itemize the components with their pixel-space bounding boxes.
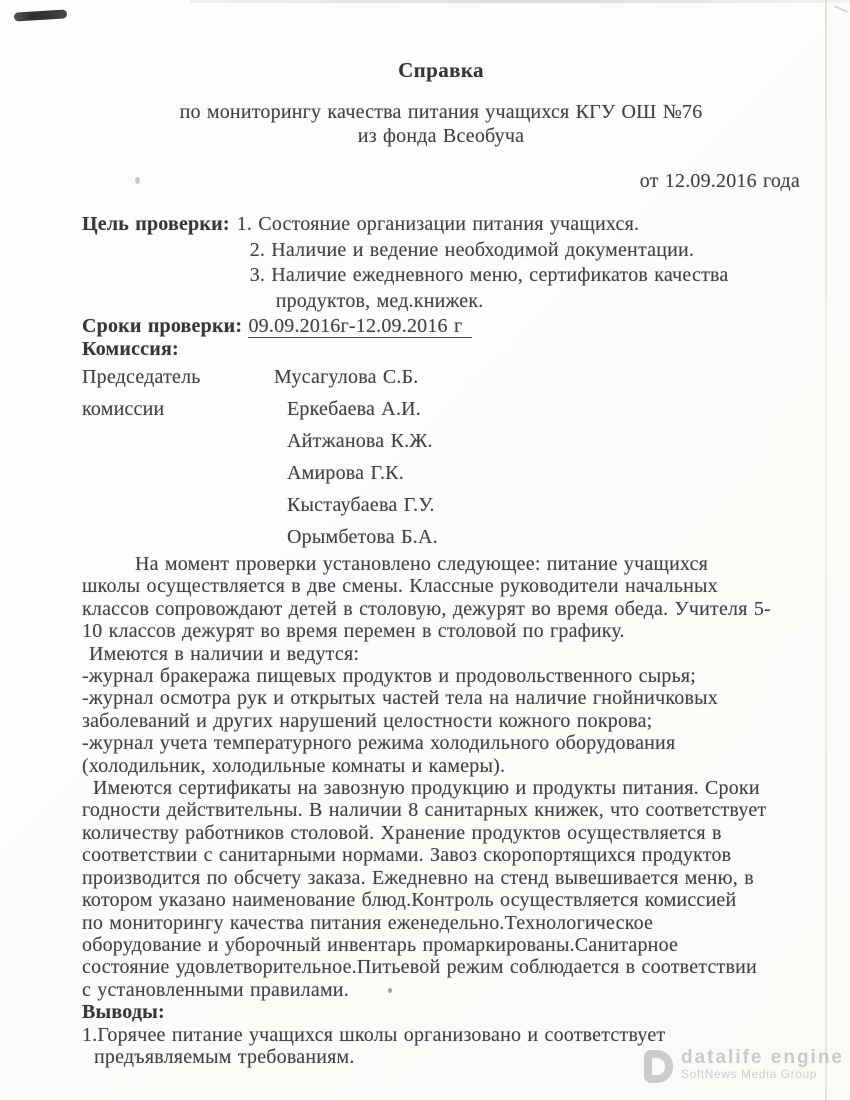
purpose-label: Цель проверки: [82,212,230,238]
watermark-subtext: SoftNews Media Group [681,1067,844,1082]
body-line: Имеются сертификаты на завозную продукци… [82,777,800,799]
purpose-items: 1. Состояние организации питания учащихс… [237,212,800,314]
inspection-period: Сроки проверки: 09.09.2016г-12.09.2016 г [82,314,800,338]
conclusion-line: 1.Горячее питание учащихся школы организ… [82,1024,800,1046]
document-content: Справка по мониторингу качества питания … [0,0,850,1068]
paragraph-certificates: Имеются сертификаты на завозную продукци… [82,777,800,1001]
commission-member: Мусагулова С.Б. [274,361,438,393]
body-line: с установленными правилами. [82,979,800,1001]
purpose-item-2: 2. Наличие и ведение необходимой докумен… [250,238,800,264]
journals-lead-line: Имеются в наличии и ведутся: [82,643,800,665]
body-line: классов сопровождают детей в столовую, д… [82,598,800,620]
body-line: котором указано наименование блюд.Контро… [82,889,800,911]
commission-member: Амирова Г.К. [287,457,438,489]
commission-member: Айтжанова К.Ж. [287,425,438,457]
scanned-document-page: Справка по мониторингу качества питания … [0,0,850,1100]
journals-list: -журнал бракеража пищевых продуктов и пр… [82,665,800,777]
body-line: оборудование и уборочный инвентарь прома… [82,934,800,956]
body-line: по мониторингу качества питания еженедел… [82,912,800,934]
document-body: На момент проверки установлено следующее… [82,553,800,1001]
purpose-item-1: 1. Состояние организации питания учащихс… [237,212,800,238]
purpose-item-3: 3. Наличие ежедневного меню, сертификато… [250,263,800,289]
body-line: На момент проверки установлено следующее… [82,553,800,575]
body-line: годности действительны. В наличии 8 сани… [82,799,800,821]
document-subtitle: по мониторингу качества питания учащихся… [82,100,800,148]
watermark-text: DataLife Engine SoftNews Media Group [681,1048,844,1082]
datalife-engine-watermark: DataLife Engine SoftNews Media Group [644,1048,844,1083]
document-title: Справка [82,56,800,84]
body-line: производится по обсчету заказа. Ежедневн… [82,867,800,889]
commission-chair-role: Председатель комиссии [82,361,272,425]
purpose-section: Цель проверки: 1. Состояние организации … [82,212,800,314]
subtitle-line-2: из фонда Всеобуча [82,124,800,148]
body-line: 10 классов дежурят во время перемен в ст… [82,620,800,642]
body-line: количеству работников столовой. Хранение… [82,822,800,844]
period-dates: 09.09.2016г-12.09.2016 г [248,315,472,338]
journal-line: (холодильник, холодильные комнаты и каме… [82,755,800,777]
watermark-brand: DataLife Engine [681,1048,844,1067]
body-line: состояние удовлетворительное.Питьевой ре… [82,956,800,978]
period-label: Сроки проверки: [82,315,242,337]
commission-member: Орымбетова Б.А. [287,521,438,553]
paragraph-findings: На момент проверки установлено следующее… [82,553,800,643]
commission-member: Кыстаубаева Г.У. [287,489,438,521]
datalife-logo-icon [644,1050,673,1083]
subtitle-line-1: по мониторингу качества питания учащихся… [82,100,800,124]
commission-section: Председатель комиссии Мусагулова С.Б.Ерк… [82,361,800,553]
body-line: школы осуществляется в две смены. Классн… [82,575,800,597]
commission-members: Мусагулова С.Б.Еркебаева А.И.Айтжанова К… [274,361,438,553]
journal-line: -журнал осмотра рук и открытых частей те… [82,687,800,709]
document-date: от 12.09.2016 года [82,170,800,192]
conclusions-label: Выводы: [82,1001,800,1023]
purpose-item-3-continuation: продуктов, мед.книжек. [276,289,800,315]
journal-line: заболеваний и других нарушений целостнос… [82,710,800,732]
journal-line: -журнал бракеража пищевых продуктов и пр… [82,665,800,687]
body-line: соответствии с санитарными нормами. Заво… [82,844,800,866]
commission-member: Еркебаева А.И. [287,393,438,425]
journal-line: -журнал учета температурного режима холо… [82,732,800,754]
commission-label: Комиссия: [82,338,800,361]
